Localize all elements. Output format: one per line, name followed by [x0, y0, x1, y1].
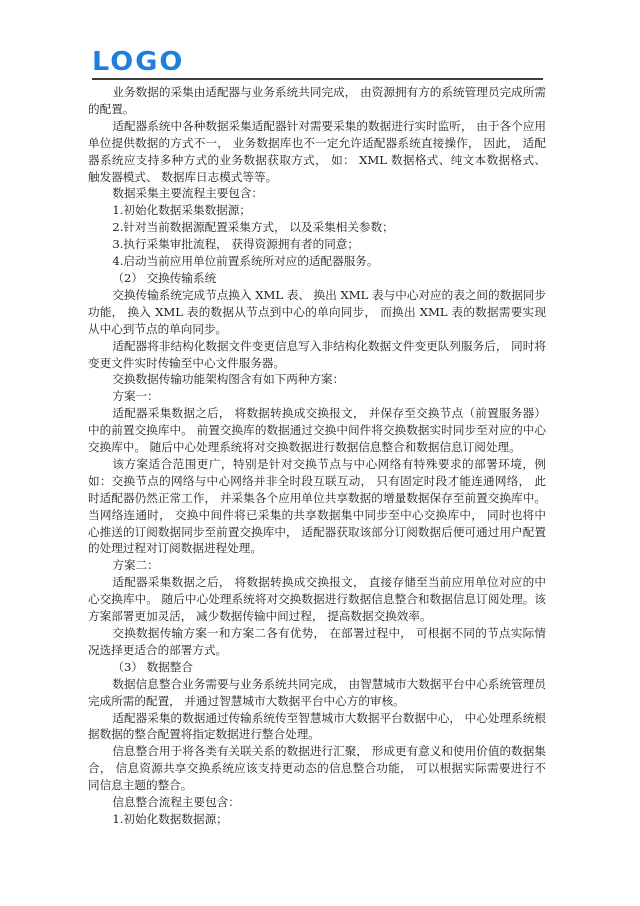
list-item: 2.针对当前数据源配置采集方式， 以及采集相关参数； — [88, 219, 546, 236]
document-page: LOGO 业务数据的采集由适配器与业务系统共同完成， 由资源拥有方的系统管理员完… — [0, 0, 640, 906]
header-rule — [92, 78, 543, 80]
paragraph: 信息整合用于将各类有关联关系的数据进行汇聚， 形成更有意义和使用价值的数据集合，… — [88, 743, 546, 794]
company-logo: LOGO — [92, 49, 184, 75]
paragraph: 适配器系统中各种数据采集适配器针对需要采集的数据进行实时监听， 由于各个应用单位… — [88, 118, 546, 186]
paragraph: 适配器采集数据之后， 将数据转换成交换报文， 并保存至交换节点（前置服务器） 中… — [88, 405, 546, 456]
paragraph: 信息整合流程主要包含： — [88, 794, 546, 811]
subsection-heading: 方案二： — [88, 557, 546, 574]
paragraph: 适配器采集的数据通过传输系统传至智慧城市大数据平台数据中心， 中心处理系统根据数… — [88, 710, 546, 744]
paragraph: 交换数据传输方案一和方案二各有优势， 在部署过程中， 可根据不同的节点实际情况选… — [88, 625, 546, 659]
subsection-heading: 方案一： — [88, 388, 546, 405]
paragraph: 数据信息整合业务需要与业务系统共同完成， 由智慧城市大数据平台中心系统管理员完成… — [88, 676, 546, 710]
paragraph: 交换数据传输功能架构图含有如下两种方案： — [88, 371, 546, 388]
section-heading: （3） 数据整合 — [88, 659, 546, 676]
page-header: LOGO — [92, 48, 544, 80]
list-item: 1.初始化数据数据源； — [88, 811, 546, 828]
paragraph: 业务数据的采集由适配器与业务系统共同完成， 由资源拥有方的系统管理员完成所需的配… — [88, 84, 546, 118]
paragraph: 适配器将非结构化数据文件变更信息写入非结构化数据文件变更队列服务后， 同时将变更… — [88, 338, 546, 372]
list-item: 1.初始化数据采集数据源； — [88, 202, 546, 219]
paragraph: 数据采集主要流程主要包含： — [88, 185, 546, 202]
list-item: 4.启动当前应用单位前置系统所对应的适配器服务。 — [88, 253, 546, 270]
paragraph: 交换传输系统完成节点换入 XML 表、 换出 XML 表与中心对应的表之间的数据… — [88, 287, 546, 338]
list-item: 3.执行采集审批流程， 获得资源拥有者的同意； — [88, 236, 546, 253]
section-heading: （2） 交换传输系统 — [88, 270, 546, 287]
paragraph: 该方案适合范围更广，特别是针对交换节点与中心网络有特殊要求的部署环境，例如：交换… — [88, 456, 546, 557]
document-body: 业务数据的采集由适配器与业务系统共同完成， 由资源拥有方的系统管理员完成所需的配… — [88, 84, 546, 828]
paragraph: 适配器采集数据之后， 将数据转换成交换报文， 直接存储至当前应用单位对应的中心交… — [88, 574, 546, 625]
